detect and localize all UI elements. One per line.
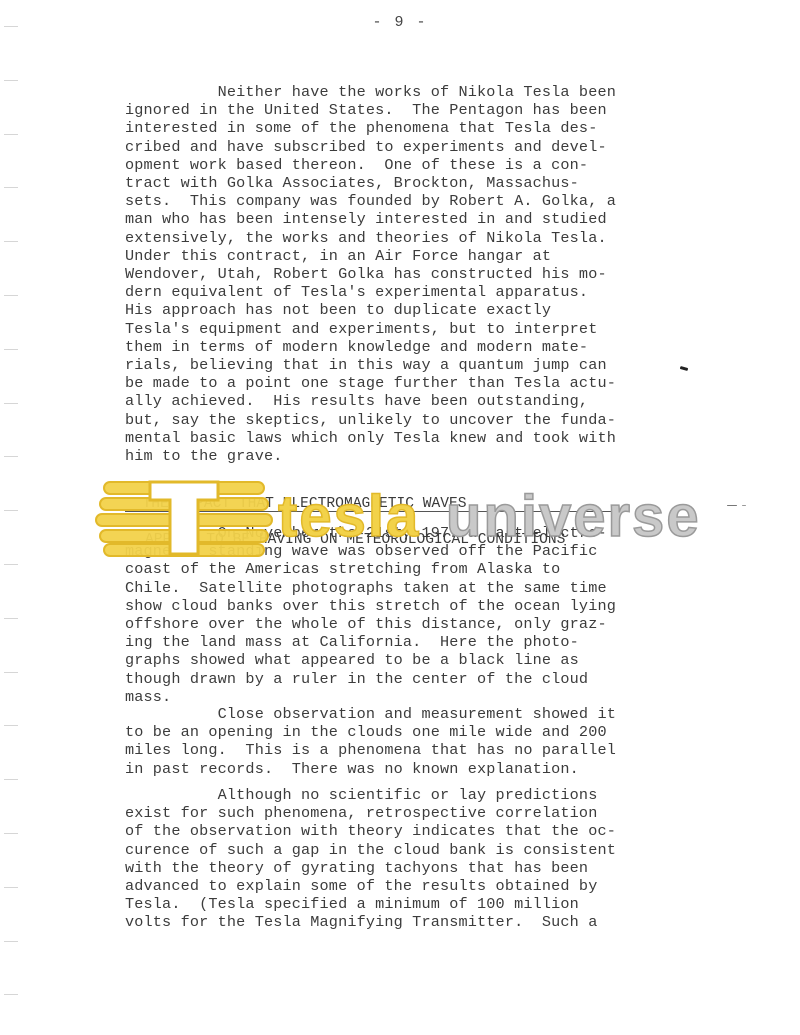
paragraph-cloud-opening: Close observation and measurement showed… — [125, 705, 655, 778]
margin-tick — [4, 134, 18, 135]
margin-tick — [4, 187, 18, 188]
margin-ruler-ticks — [4, 0, 20, 1035]
paragraph-tachyon-theory: Although no scientific or lay prediction… — [125, 786, 655, 932]
margin-tick — [4, 941, 18, 942]
scan-speck — [680, 366, 689, 371]
margin-tick — [4, 510, 18, 511]
scan-speck — [727, 505, 737, 506]
margin-tick — [4, 833, 18, 834]
scan-speck — [742, 505, 746, 506]
paragraph-golka-contract: Neither have the works of Nikola Tesla b… — [125, 83, 655, 465]
margin-tick — [4, 241, 18, 242]
margin-tick — [4, 887, 18, 888]
margin-tick — [4, 779, 18, 780]
margin-tick — [4, 456, 18, 457]
margin-tick — [4, 403, 18, 404]
margin-tick — [4, 618, 18, 619]
page-number: - 9 - — [0, 14, 800, 31]
paragraph-standing-wave: On November the 21st, 1977 a vast electr… — [125, 524, 655, 706]
margin-tick — [4, 725, 18, 726]
margin-tick — [4, 564, 18, 565]
margin-tick — [4, 80, 18, 81]
heading-underline — [125, 511, 613, 512]
section-heading-line1: THE IMPACT THAT ELECTROMAGNETIC WAVES — [143, 496, 467, 512]
margin-tick — [4, 349, 18, 350]
margin-tick — [4, 672, 18, 673]
margin-tick — [4, 994, 18, 995]
margin-tick — [4, 26, 18, 27]
margin-tick — [4, 295, 18, 296]
